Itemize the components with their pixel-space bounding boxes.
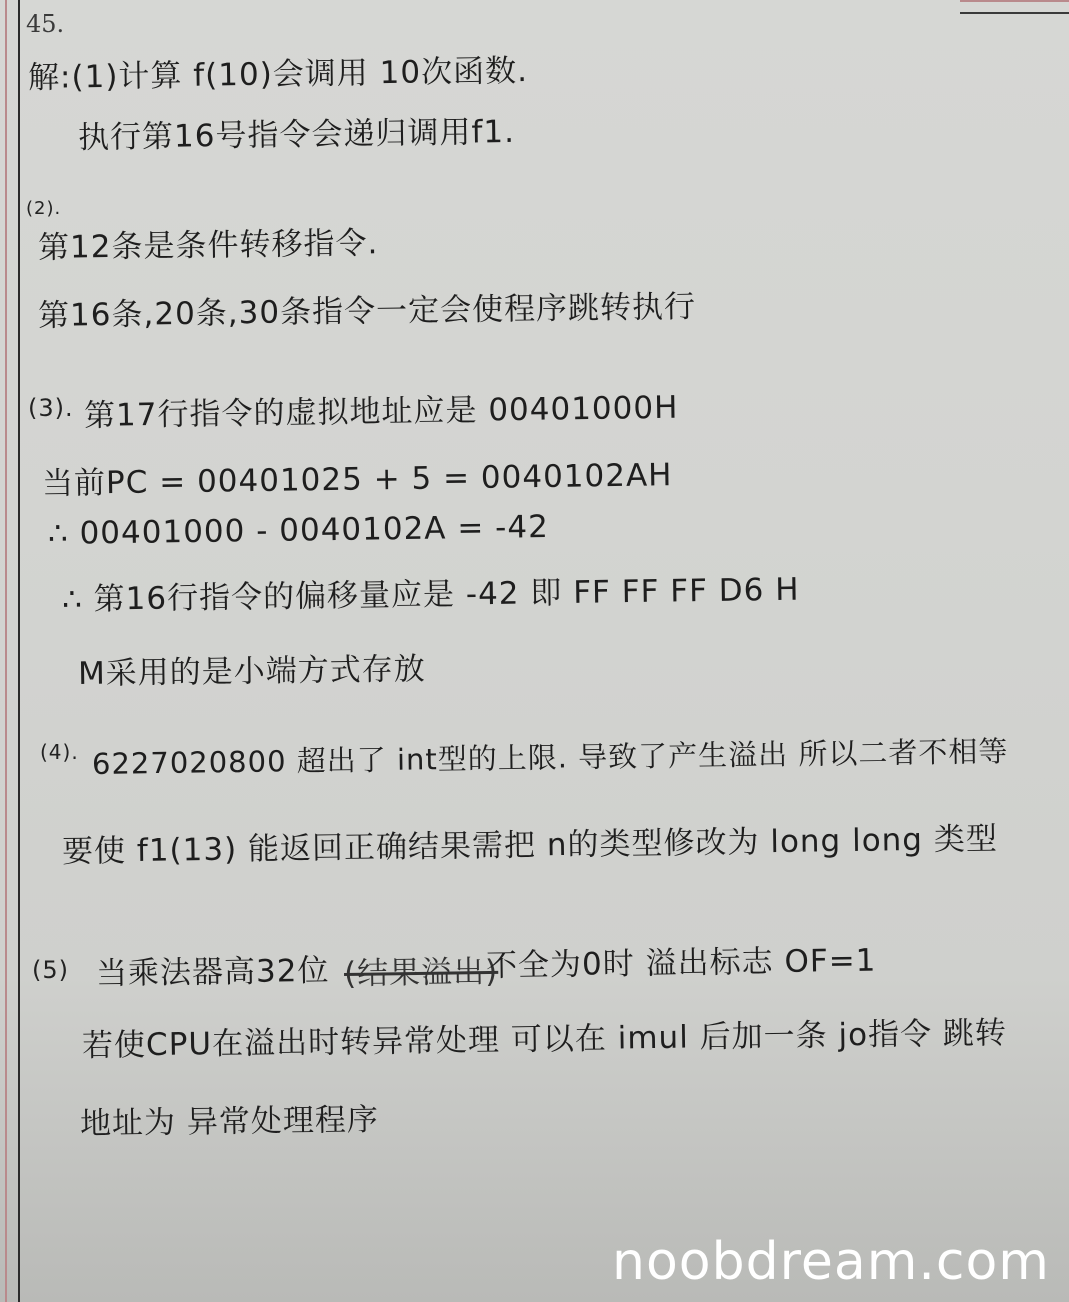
answer-3-line-2: 当前PC = 00401025 + 5 = 0040102AH — [42, 449, 673, 503]
answer-5-line-1a: 当乘法器高32位 — [96, 945, 330, 993]
answer-5-label: (5) — [32, 956, 69, 984]
page-margin-red-line — [5, 0, 7, 1302]
answer-5-line-1b: 不全为0时 溢出标志 OF=1 — [486, 935, 877, 985]
answer-4-line-2: 要使 f1(13) 能返回正确结果需把 n的类型修改为 long long 类型 — [62, 813, 998, 871]
watermark: noobdream.com — [612, 1232, 1050, 1292]
answer-1-line-2: 执行第16号指令会递归调用f1. — [78, 106, 516, 157]
answer-4-label: (4). — [40, 740, 79, 764]
answer-2-line-1: 第12条是条件转移指令. — [38, 217, 379, 267]
page-margin-black-line — [18, 0, 20, 1302]
answer-3-line-1: 第17行指令的虚拟地址应是 00401000H — [84, 382, 679, 435]
question-number: 45. — [26, 10, 64, 38]
answer-2-label: (2). — [26, 198, 61, 219]
page-top-red-line — [960, 0, 1069, 2]
answer-2-line-2: 第16条,20条,30条指令一定会使程序跳转执行 — [38, 281, 697, 335]
answer-3-line-5: M采用的是小端方式存放 — [78, 643, 426, 693]
answer-4-line-1: 6227020800 超出了 int型的上限. 导致了产生溢出 所以二者不相等 — [92, 729, 1009, 783]
answer-5-line-3: 地址为 异常处理程序 — [80, 1094, 379, 1143]
answer-3-line-3: ∴ 00401000 - 0040102A = -42 — [48, 509, 549, 552]
struck-out-text: (结果溢出) — [344, 946, 499, 993]
answer-1-line-1: 解:(1)计算 f(10)会调用 10次函数. — [28, 45, 529, 97]
answer-3-line-4: ∴ 第16行指令的偏移量应是 -42 即 FF FF FF D6 H — [62, 564, 800, 619]
answer-3-label: (3). — [28, 394, 74, 422]
answer-5-line-2: 若使CPU在溢出时转异常处理 可以在 imul 后加一条 jo指令 跳转 — [82, 1007, 1007, 1065]
page-top-black-line — [960, 12, 1069, 14]
